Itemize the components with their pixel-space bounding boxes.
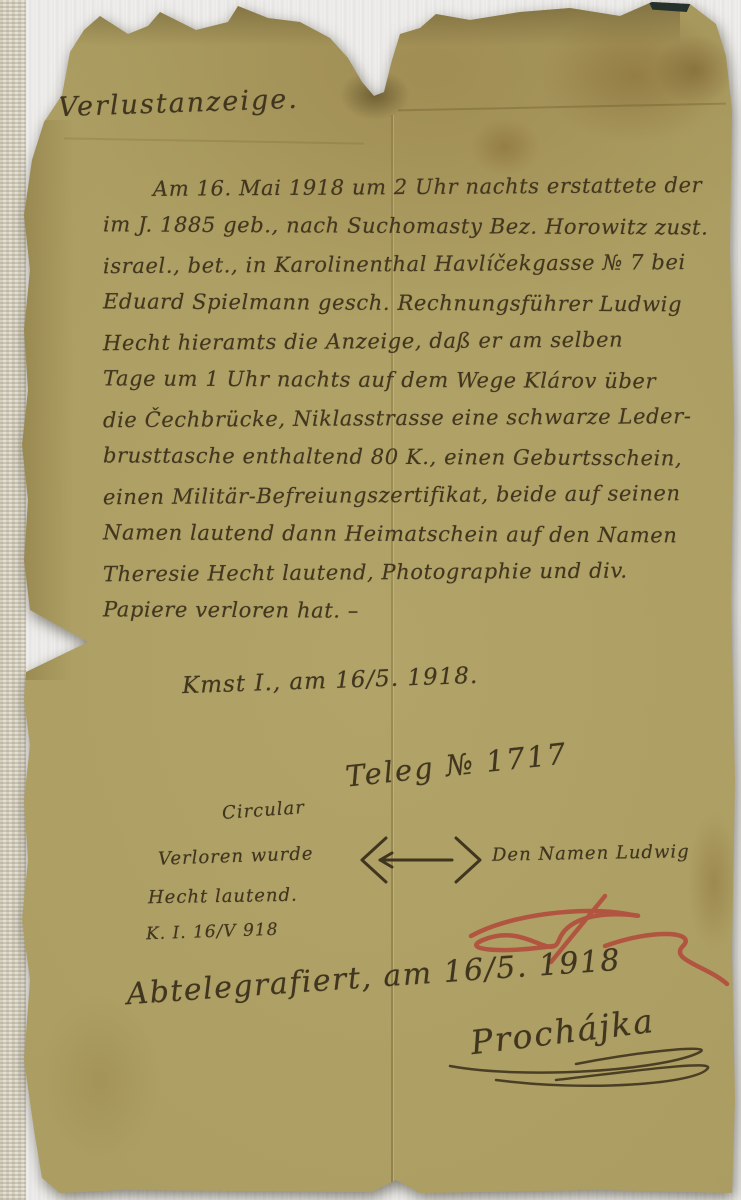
horizontal-crease-right <box>398 103 726 112</box>
signature-flourish <box>436 1022 726 1092</box>
dark-paper-fragment <box>648 0 692 12</box>
horizontal-crease-left <box>64 137 364 144</box>
telegram-note-left: Verloren wurde <box>158 843 314 869</box>
body-line: einen Militär-Befreiungszertifikat, beid… <box>103 474 731 517</box>
scanned-document: Verlustanzeige. Am 16. Mai 1918 um 2 Uhr… <box>0 0 741 1200</box>
tear-notch-shadow <box>340 70 410 120</box>
paper-sheet: Verlustanzeige. Am 16. Mai 1918 um 2 Uhr… <box>0 0 741 1200</box>
telegram-note-right: Den Namen Ludwig <box>492 841 690 865</box>
stain-left-edge <box>14 120 74 680</box>
document-title: Verlustanzeige. <box>58 84 300 123</box>
reference-number: K. I. 16/V 918 <box>146 920 279 945</box>
body-line: Namen lautend dann Heimatschein auf den … <box>103 513 731 555</box>
top-edge-shading <box>60 0 680 46</box>
circular-note: Circular <box>221 797 305 824</box>
body-line: israel., bet., in Karolinenthal Havlíček… <box>103 243 731 286</box>
body-line: brusttasche enthaltend 80 K., einen Gebu… <box>103 436 731 478</box>
body-line: Papiere verloren hat. – <box>103 590 731 632</box>
telegraphed-line: Abtelegrafiert, am 16/5. 1918 <box>125 943 622 1012</box>
stain-top-right <box>540 8 730 143</box>
body-line: im J. 1885 geb., nach Suchomasty Bez. Ho… <box>103 205 731 247</box>
body-line: Am 16. Mai 1918 um 2 Uhr nachts erstatte… <box>103 166 731 209</box>
body-line: Eduard Spielmann gesch. Rechnungsführer … <box>103 282 731 324</box>
telegram-note-line2: Hecht lautend. <box>148 885 298 909</box>
telegram-number: Teleg № 1717 <box>344 736 569 793</box>
stain-bottom-left <box>40 995 160 1165</box>
insertion-arrow-mark <box>352 834 492 886</box>
stain-top-right-dark <box>655 35 735 105</box>
report-body: Am 16. Mai 1918 um 2 Uhr nachts erstatte… <box>103 168 731 630</box>
body-line: Tage um 1 Uhr nachts auf dem Wege Klárov… <box>103 359 731 401</box>
body-line: Theresie Hecht lautend, Photographie und… <box>103 551 731 594</box>
dateline: Kmst I., am 16/5. 1918. <box>182 663 479 699</box>
body-line: die Čechbrücke, Niklasstrasse eine schwa… <box>103 397 731 440</box>
paper-sheet-wrap: Verlustanzeige. Am 16. Mai 1918 um 2 Uhr… <box>0 0 741 1200</box>
body-line: Hecht hieramts die Anzeige, daß er am se… <box>103 320 731 363</box>
